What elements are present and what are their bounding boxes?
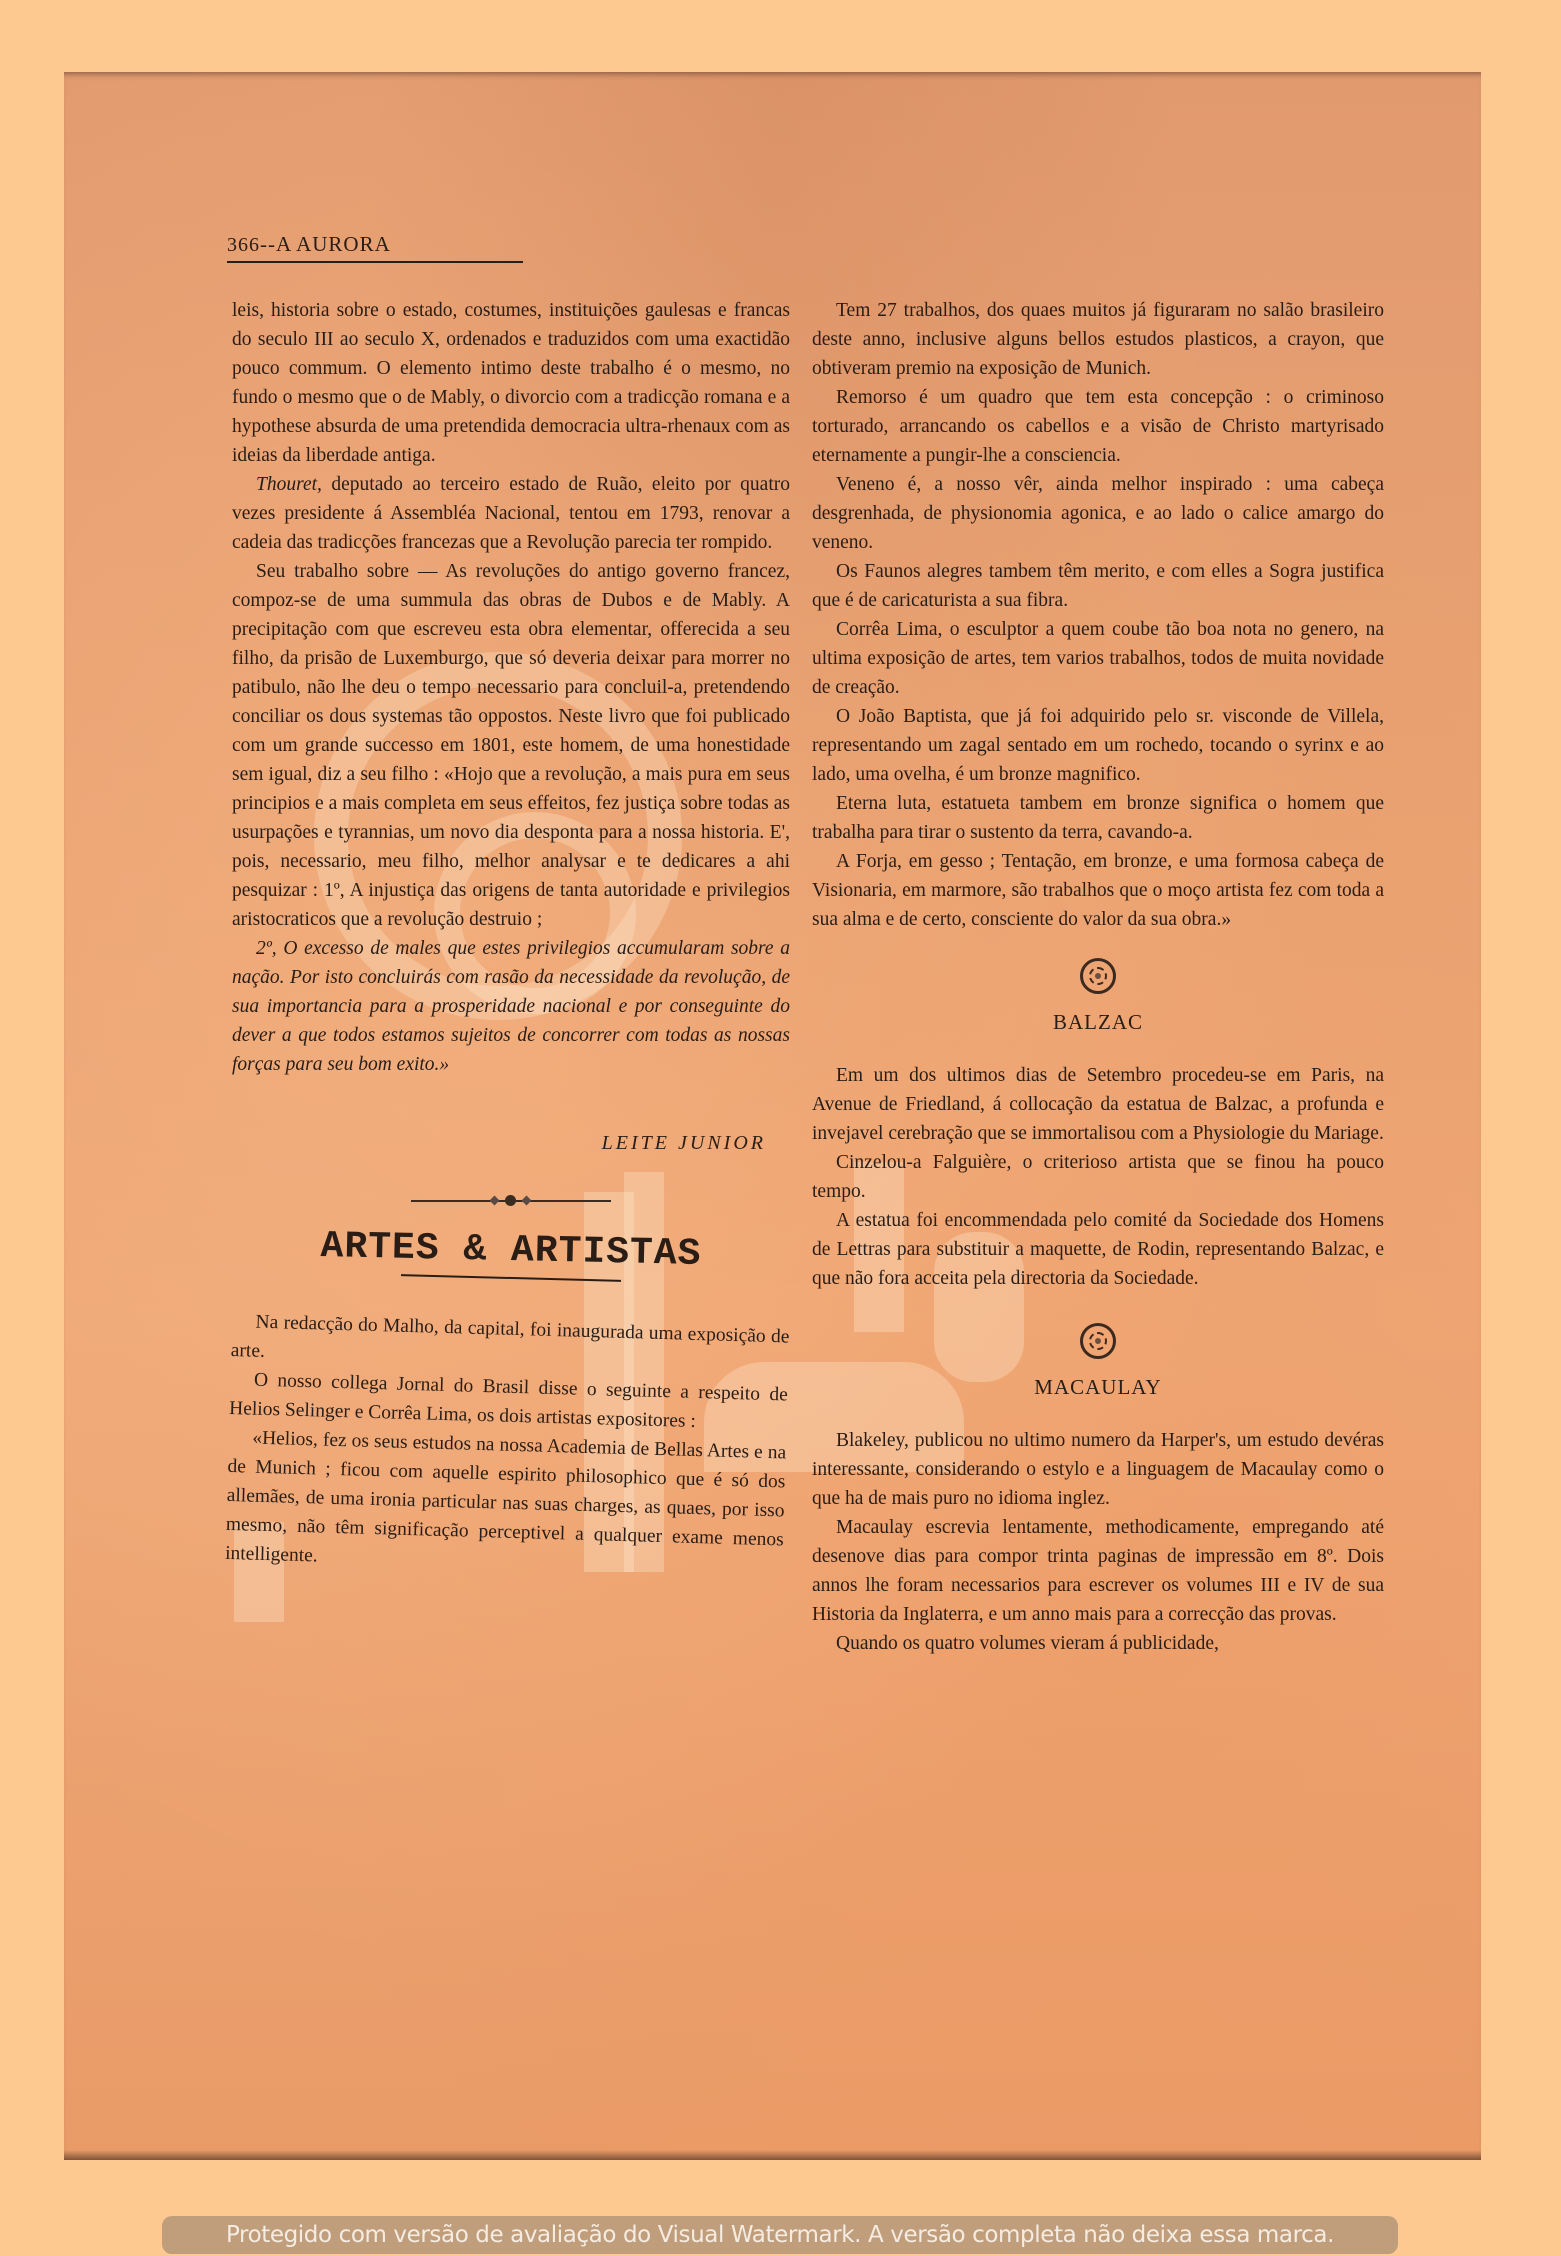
paragraph: A estatua foi encommendada pelo comité d… (812, 1206, 1384, 1293)
page-header: 366--A AURORA (227, 232, 523, 263)
ornamental-rule-icon (411, 1194, 611, 1208)
paragraph: Quando os quatro volumes vieram á public… (812, 1629, 1384, 1658)
paragraph: «Helios, fez os seus estudos na nossa Ac… (225, 1423, 787, 1584)
paragraph: Corrêa Lima, o esculptor a quem coube tã… (812, 615, 1384, 702)
emphasis-thouret: Thouret, (256, 474, 322, 495)
left-column: leis, historia sobre o estado, costumes,… (232, 296, 790, 1568)
author-signature: LEITE JUNIOR (232, 1129, 766, 1158)
paragraph: Eterna luta, estatueta tambem em bronze … (812, 789, 1384, 847)
paragraph: Blakeley, publicou no ultimo numero da H… (812, 1426, 1384, 1513)
quote-text: 2º, O excesso de males que estes privile… (232, 938, 790, 1075)
right-column: Tem 27 trabalhos, dos quaes muitos já fi… (812, 296, 1384, 1658)
paragraph: 2º, O excesso de males que estes privile… (232, 934, 790, 1079)
rosette-ornament-icon (1080, 1323, 1116, 1359)
page-number: 366 (227, 234, 260, 256)
paragraph: Veneno é, a nosso vêr, ainda melhor insp… (812, 470, 1384, 557)
rosette-ornament-icon (1080, 958, 1116, 994)
paragraph: A Forja, em gesso ; Tentação, em bronze,… (812, 847, 1384, 934)
paragraph: O João Baptista, que já foi adquirido pe… (812, 702, 1384, 789)
section-heading-balzac: BALZAC (812, 1008, 1384, 1037)
paragraph: Tem 27 trabalhos, dos quaes muitos já fi… (812, 296, 1384, 383)
paragraph: Os Faunos alegres tambem têm merito, e c… (812, 557, 1384, 615)
paragraph: Macaulay escrevia lentamente, methodicam… (812, 1513, 1384, 1629)
section-heading-macaulay: MACAULAY (812, 1373, 1384, 1402)
journal-title: A AURORA (276, 232, 391, 256)
section-title: ARTES & ARTISTAS (232, 1230, 790, 1271)
paragraph: Seu trabalho sobre — As revoluções do an… (232, 557, 790, 934)
watermark-banner: Protegido com versão de avaliação do Vis… (162, 2216, 1398, 2254)
header-separator: -- (260, 232, 276, 256)
article-artes: Na redacção do Malho, da capital, foi in… (225, 1307, 790, 1583)
paragraph: Remorso é um quadro que tem esta concepç… (812, 383, 1384, 470)
paragraph: Em um dos ultimos dias de Setembro proce… (812, 1061, 1384, 1148)
paragraph-thouret: Thouret, deputado ao terceiro estado de … (232, 470, 790, 557)
title-underline (401, 1274, 621, 1282)
paragraph: leis, historia sobre o estado, costumes,… (232, 296, 790, 470)
paragraph: Cinzelou-a Falguière, o criterioso artis… (812, 1148, 1384, 1206)
